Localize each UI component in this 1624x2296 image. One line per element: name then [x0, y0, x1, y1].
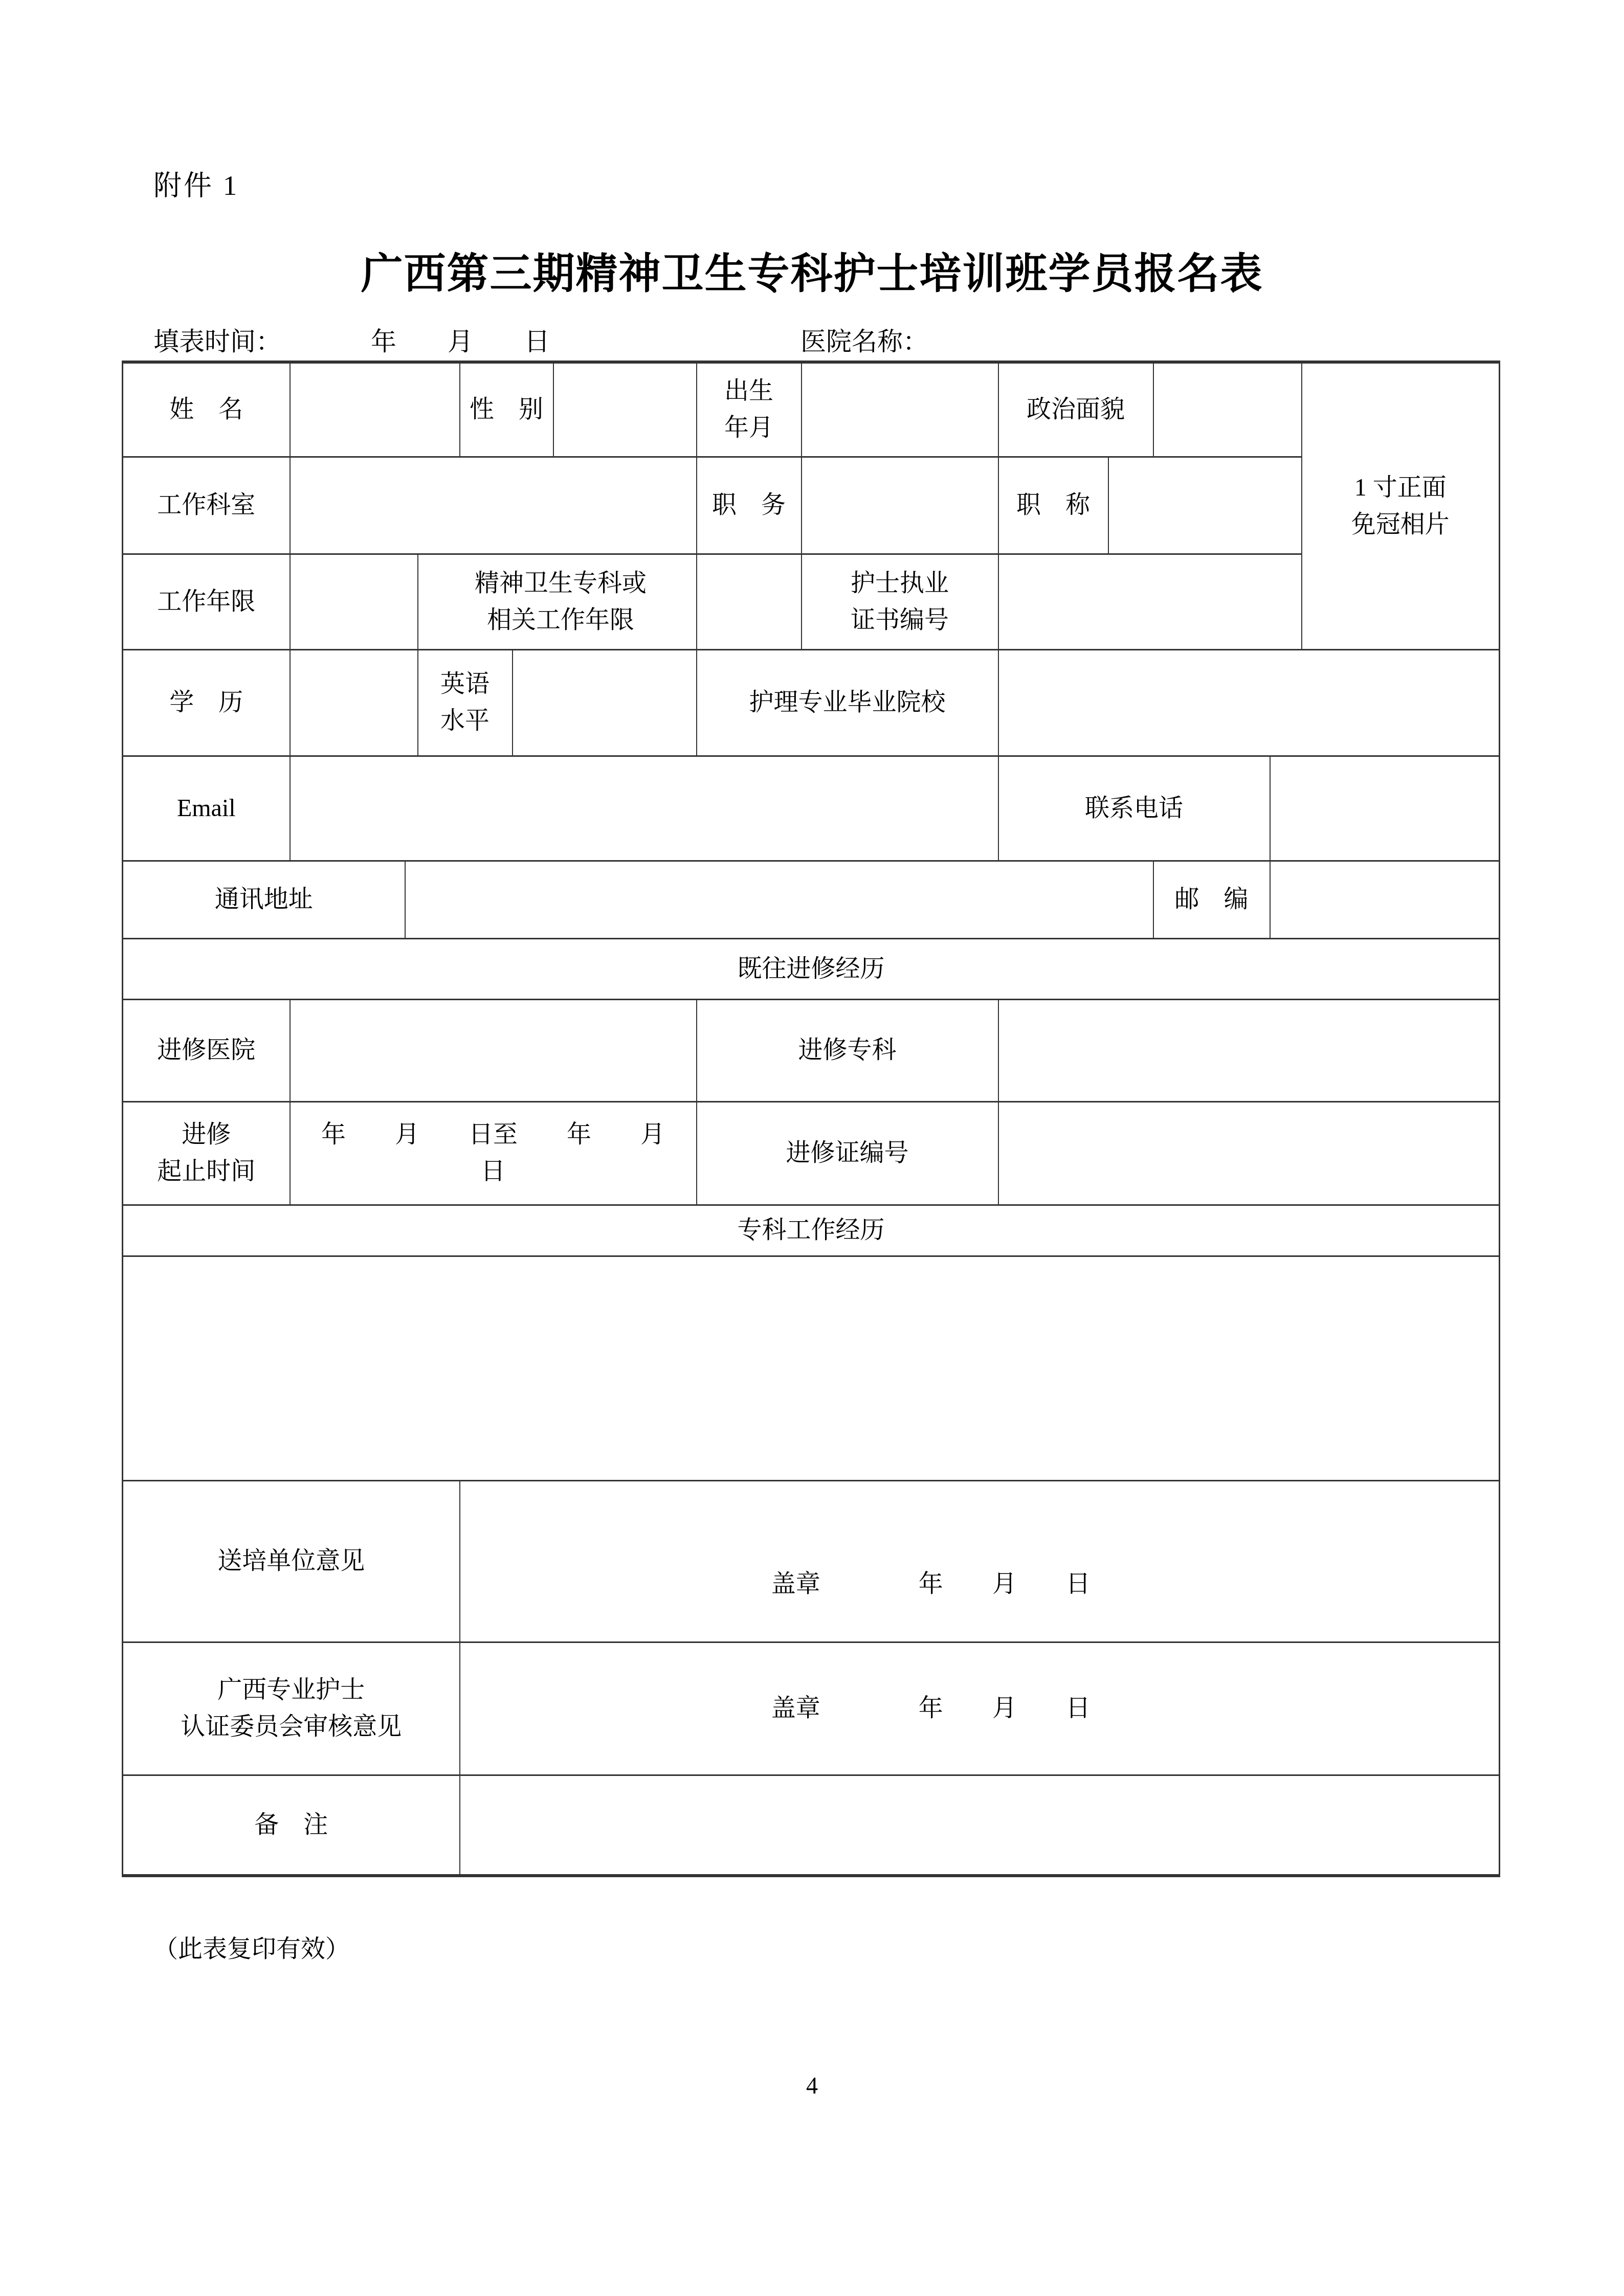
education-input[interactable] — [290, 649, 418, 756]
gender-input[interactable] — [553, 362, 697, 457]
phone-input[interactable] — [1270, 756, 1500, 861]
psych-years-label-cell: 精神卫生专科或 相关工作年限 — [418, 554, 697, 649]
training-specialty-label-cell: 进修专科 — [697, 999, 998, 1101]
seal-date-line: 盖章 年 月 日 — [771, 1690, 1188, 1727]
email-label-cell: Email — [123, 756, 290, 861]
sending-unit-label-cell: 送培单位意见 — [123, 1480, 460, 1642]
birth-input[interactable] — [802, 362, 998, 457]
sending-unit-opinion-area[interactable]: 盖章 年 月 日 — [460, 1480, 1500, 1642]
address-label-cell: 通讯地址 — [123, 861, 405, 938]
registration-form-table: 姓 名 性 别 出生 年月 政治面貌 1 寸正面 免冠相片 工作科室 职 务 职… — [122, 361, 1500, 1877]
row-address: 通讯地址 邮 编 — [123, 861, 1500, 938]
name-label-cell: 姓 名 — [123, 362, 290, 457]
row-committee-opinion: 广西专业护士 认证委员会审核意见 盖章 年 月 日 — [123, 1642, 1500, 1775]
row-email: Email 联系电话 — [123, 756, 1500, 861]
training-specialty-input[interactable] — [998, 999, 1500, 1101]
remarks-area[interactable] — [460, 1775, 1500, 1876]
nurse-license-input[interactable] — [998, 554, 1302, 649]
zip-label-cell: 邮 编 — [1153, 861, 1270, 938]
row-department: 工作科室 职 务 职 称 — [123, 457, 1500, 554]
nursing-school-label-cell: 护理专业毕业院校 — [697, 649, 998, 756]
row-training-period: 进修 起止时间 年 月 日至 年 月 日 进修证编号 — [123, 1101, 1500, 1205]
form-info-line: 填表时间： 年 月 日 医院名称： — [0, 321, 1624, 357]
work-experience-header-cell: 专科工作经历 — [123, 1205, 1500, 1256]
row-remarks: 备 注 — [123, 1775, 1500, 1876]
row-work-years: 工作年限 精神卫生专科或 相关工作年限 护士执业 证书编号 — [123, 554, 1500, 649]
address-input[interactable] — [405, 861, 1153, 938]
english-level-input[interactable] — [513, 649, 697, 756]
political-status-input[interactable] — [1153, 362, 1302, 457]
training-period-label-cell: 进修 起止时间 — [123, 1101, 290, 1205]
attachment-label: 附件 1 — [153, 163, 239, 203]
committee-label-cell: 广西专业护士 认证委员会审核意见 — [123, 1642, 460, 1775]
name-input[interactable] — [290, 362, 460, 457]
training-period-dates-cell[interactable]: 年 月 日至 年 月 日 — [290, 1101, 697, 1205]
department-label-cell: 工作科室 — [123, 457, 290, 554]
work-experience-area[interactable] — [123, 1256, 1500, 1480]
phone-label-cell: 联系电话 — [998, 756, 1270, 861]
work-years-input[interactable] — [290, 554, 418, 649]
duty-input[interactable] — [802, 457, 998, 554]
seal-date-line: 盖章 年 月 日 — [771, 1566, 1188, 1603]
psych-years-input[interactable] — [697, 554, 802, 649]
row-education: 学 历 英语 水平 护理专业毕业院校 — [123, 649, 1500, 756]
nurse-license-label-cell: 护士执业 证书编号 — [802, 554, 998, 649]
training-cert-input[interactable] — [998, 1101, 1500, 1205]
document-page: 附件 1 广西第三期精神卫生专科护士培训班学员报名表 填表时间： 年 月 日 医… — [0, 0, 1624, 2296]
training-hospital-input[interactable] — [290, 999, 697, 1101]
education-label-cell: 学 历 — [123, 649, 290, 756]
birth-label-cell: 出生 年月 — [697, 362, 802, 457]
training-cert-label-cell: 进修证编号 — [697, 1101, 998, 1205]
department-input[interactable] — [290, 457, 697, 554]
email-input[interactable] — [290, 756, 998, 861]
gender-label-cell: 性 别 — [460, 362, 553, 457]
zip-input[interactable] — [1270, 861, 1500, 938]
copy-valid-note: （此表复印有效） — [153, 1929, 350, 1964]
training-history-header-cell: 既往进修经历 — [123, 938, 1500, 999]
row-work-experience-area — [123, 1256, 1500, 1480]
professional-title-label-cell: 职 称 — [998, 457, 1108, 554]
fill-time-label: 填表时间： 年 月 日 — [153, 321, 550, 358]
committee-opinion-area[interactable]: 盖章 年 月 日 — [460, 1642, 1500, 1775]
page-number: 4 — [0, 2072, 1624, 2099]
row-work-experience-header: 专科工作经历 — [123, 1205, 1500, 1256]
row-training-hospital: 进修医院 进修专科 — [123, 999, 1500, 1101]
work-years-label-cell: 工作年限 — [123, 554, 290, 649]
remarks-label-cell: 备 注 — [123, 1775, 460, 1876]
photo-placeholder-cell: 1 寸正面 免冠相片 — [1302, 362, 1500, 649]
row-training-history-header: 既往进修经历 — [123, 938, 1500, 999]
nursing-school-input[interactable] — [998, 649, 1500, 756]
row-name: 姓 名 性 别 出生 年月 政治面貌 1 寸正面 免冠相片 — [123, 362, 1500, 457]
english-level-label-cell: 英语 水平 — [418, 649, 513, 756]
row-sending-unit-opinion: 送培单位意见 盖章 年 月 日 — [123, 1480, 1500, 1642]
duty-label-cell: 职 务 — [697, 457, 802, 554]
hospital-name-label: 医院名称： — [800, 321, 928, 358]
political-status-label-cell: 政治面貌 — [998, 362, 1153, 457]
page-title: 广西第三期精神卫生专科护士培训班学员报名表 — [0, 240, 1624, 300]
training-hospital-label-cell: 进修医院 — [123, 999, 290, 1101]
professional-title-input[interactable] — [1108, 457, 1302, 554]
